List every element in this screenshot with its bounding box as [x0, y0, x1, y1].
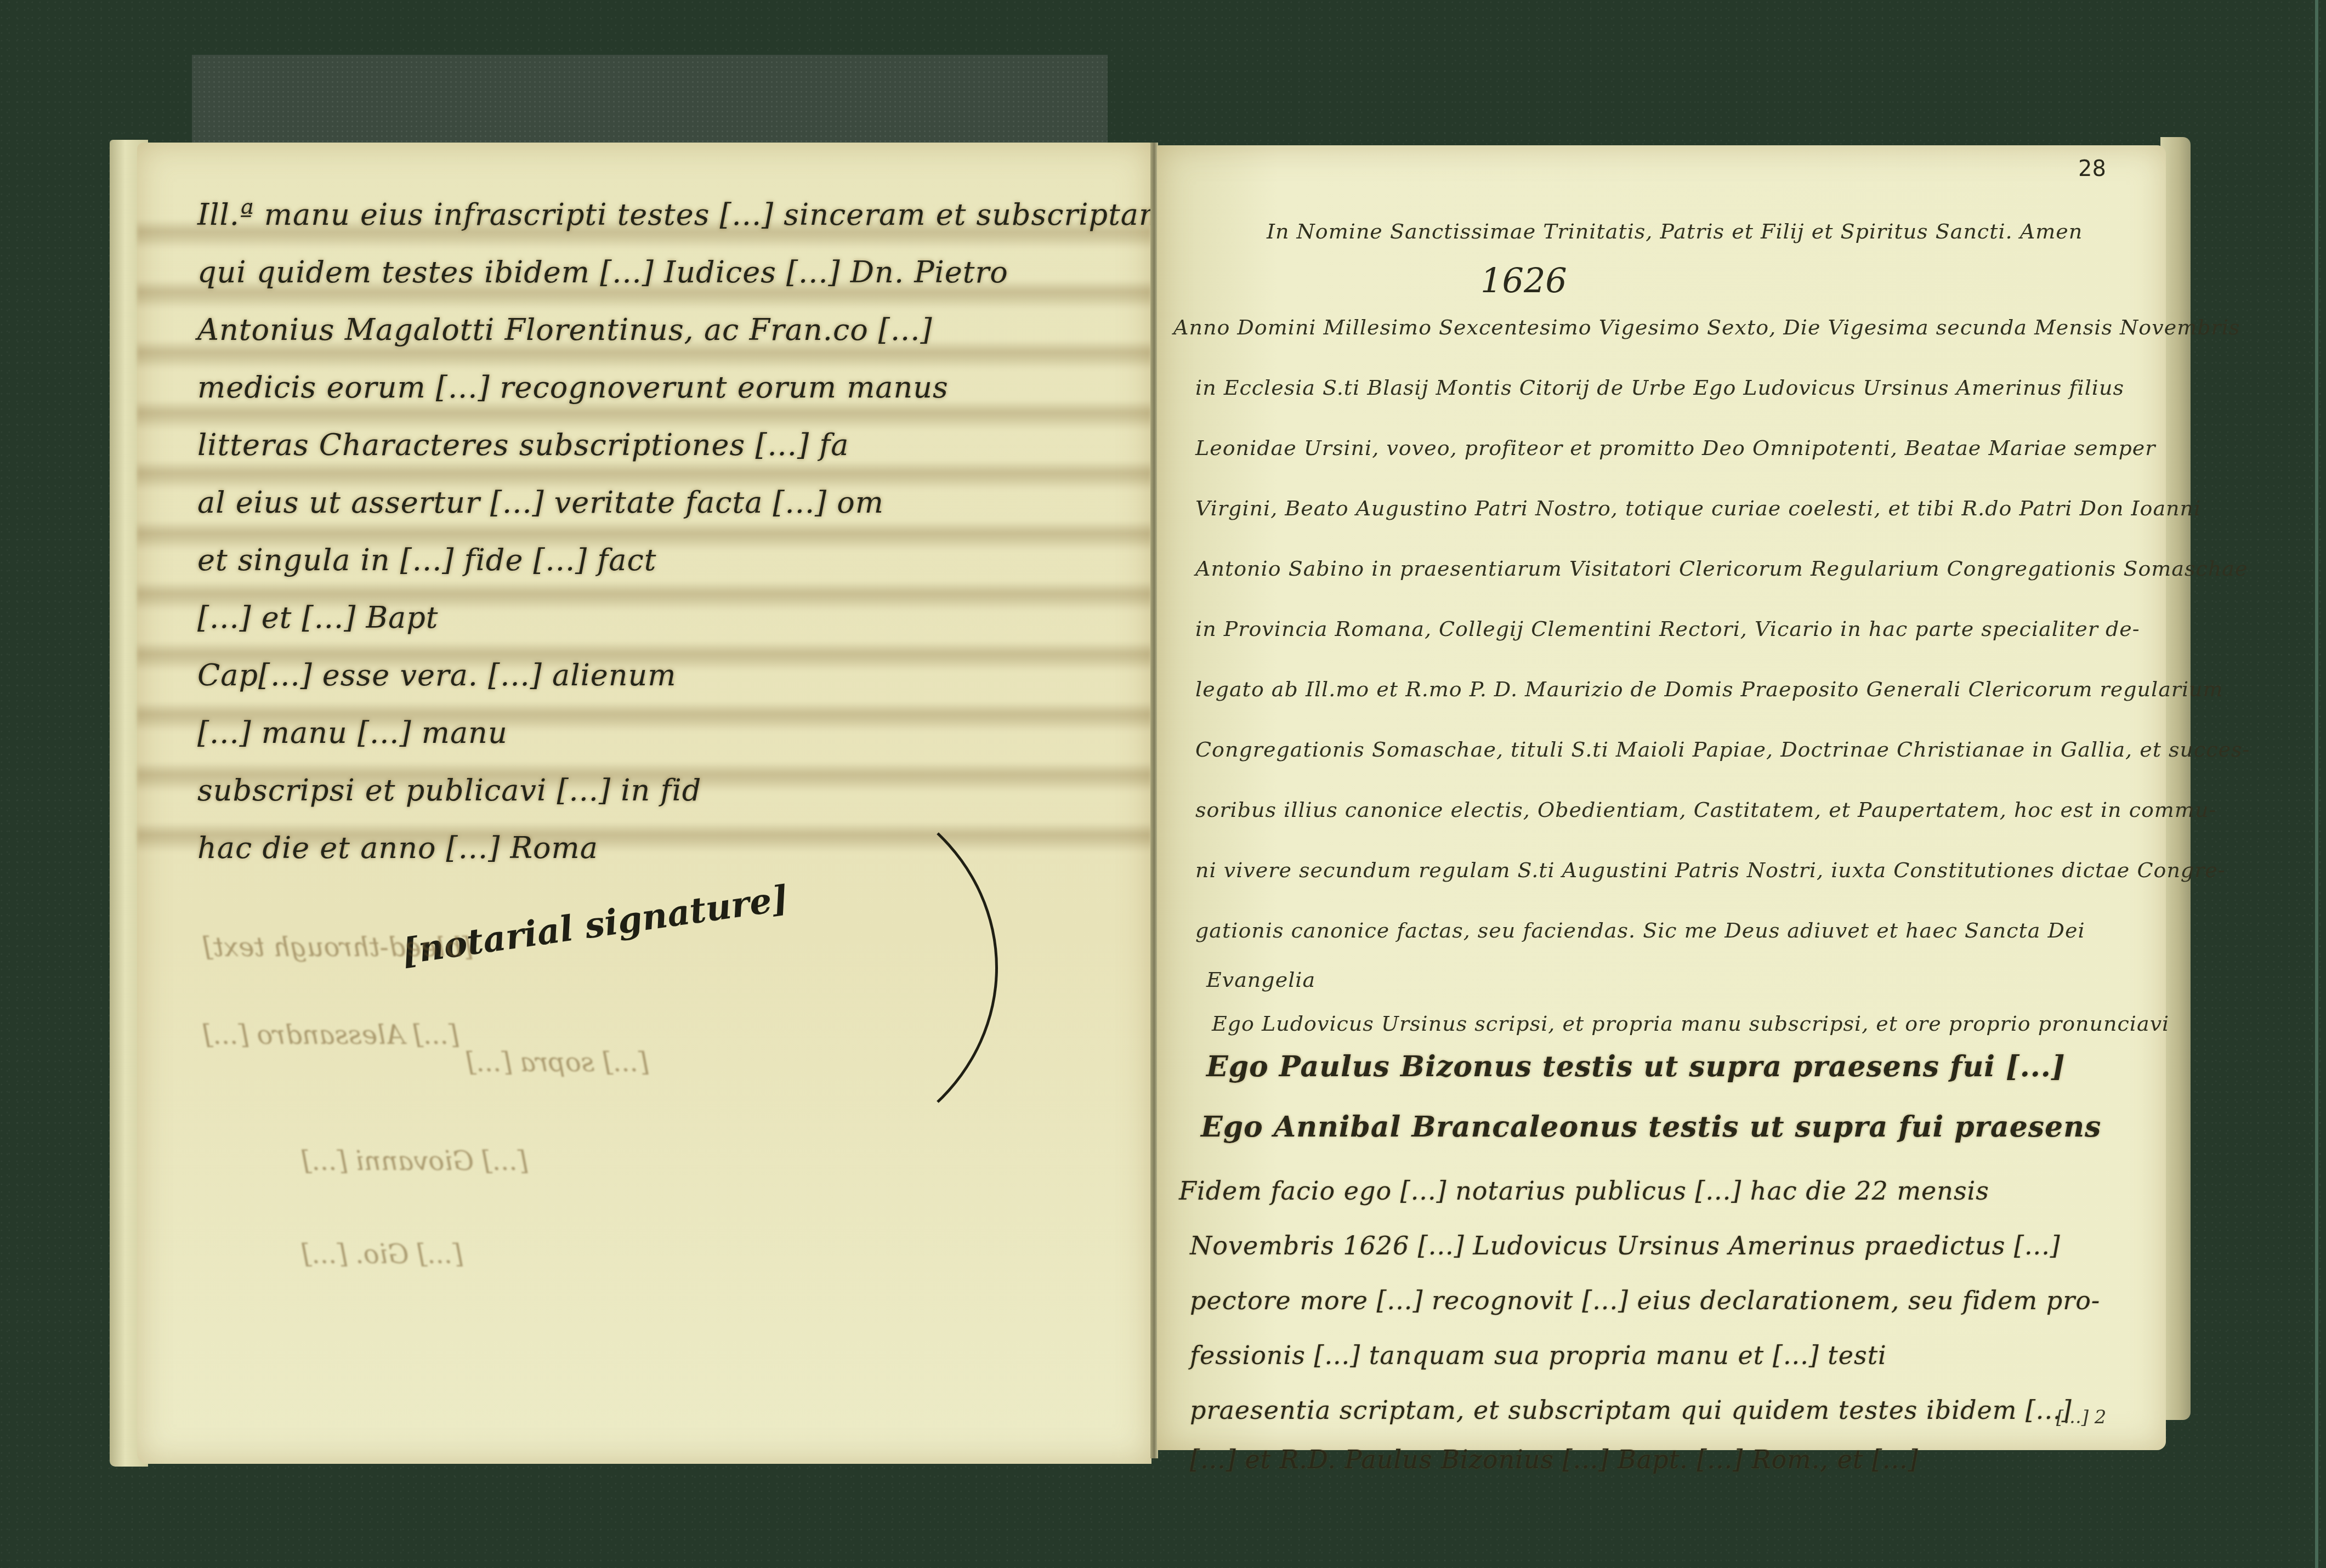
notarial-line: [...] et R.D. Paulus Bizonius [...] Bapt… [1190, 1445, 1919, 1474]
manuscript-line: et singula in [...] fide [...] fact [197, 543, 656, 577]
witness-signature: Ego Annibal Brancaleonus testis ut supra… [1201, 1110, 2101, 1144]
witness-signature: Ego Paulus Bizonus testis ut supra praes… [1206, 1050, 2066, 1083]
manuscript-line: hac die et anno [...] Roma [197, 831, 598, 865]
manuscript-line: subscripsi et publicavi [...] in fid [197, 773, 701, 808]
notarial-line: pectore more [...] recognovit [...] eius… [1190, 1286, 2100, 1315]
manuscript-line: medicis eorum [...] recognoverunt eorum … [197, 370, 949, 405]
manuscript-line: [...] et [...] Bapt [197, 600, 439, 635]
manuscript-line: Evangelia [1206, 968, 1315, 992]
signature-flourish [576, 773, 998, 1162]
manuscript-line: Anno Domini Millesimo Sexcentesimo Viges… [1173, 315, 2240, 339]
manuscript-line: [...] manu [...] manu [197, 715, 508, 750]
manuscript-line: Virgini, Beato Augustino Patri Nostro, t… [1195, 496, 2201, 520]
manuscript-line: litteras Characteres subscriptiones [...… [197, 428, 849, 462]
notarial-line: Novembris 1626 [...] Ludovicus Ursinus A… [1190, 1231, 2061, 1260]
manuscript-line: legato ab Ill.mo et R.mo P. D. Maurizio … [1195, 677, 2223, 701]
manuscript-line: Congregationis Somaschae, tituli S.ti Ma… [1195, 737, 2250, 762]
footer-mark: [...] 2 [2056, 1406, 2106, 1428]
left-page: Ill.ª manu eius infrascripti testes [...… [137, 143, 1151, 1464]
profession-signature: Ego Ludovicus Ursinus scripsi, et propri… [1212, 1012, 2169, 1036]
ink-bleed-stain [137, 400, 1151, 430]
bleedthrough-text: [...] Alessandro [...] [203, 1020, 459, 1050]
manuscript-line: Antonio Sabino in praesentiarum Visitato… [1195, 556, 2248, 581]
manuscript-line: Cap[...] esse vera. [...] alienum [197, 658, 676, 692]
manuscript-line: Antonius Magalotti Florentinus, ac Fran.… [197, 313, 933, 347]
notarial-line: praesentia scriptam, et subscriptam qui … [1190, 1395, 2072, 1425]
notarial-line: fessionis [...] tanquam sua propria manu… [1190, 1340, 1887, 1370]
page-number: 28 [2078, 156, 2106, 181]
manuscript-line: qui quidem testes ibidem [...] Iudices [… [197, 255, 1008, 289]
manuscript-line: Leonidae Ursini, voveo, profiteor et pro… [1195, 436, 2156, 460]
manuscript-line: Ill.ª manu eius infrascripti testes [...… [197, 197, 1167, 232]
bleedthrough-text: [bleed-through text] [203, 932, 472, 963]
manuscript-line: in Ecclesia S.ti Blasij Montis Citorij d… [1195, 376, 2124, 400]
year-heading: 1626 [1480, 260, 1567, 300]
glass-plate-edge [2315, 0, 2318, 1568]
manuscript-line: al eius ut assertur [...] veritate facta… [197, 485, 884, 520]
bleedthrough-text: [...] Gio. [...] [302, 1239, 463, 1270]
manuscript-line: in Provincia Romana, Collegij Clementini… [1195, 617, 2140, 641]
manuscript-line: soribus illius canonice electis, Obedien… [1195, 798, 2216, 822]
notarial-line: Fidem facio ego [...] notarius publicus … [1179, 1176, 1989, 1206]
bleedthrough-text: [...] sopra [...] [466, 1047, 649, 1078]
invocation-line: In Nomine Sanctissimae Trinitatis, Patri… [1267, 219, 2083, 243]
bleedthrough-text: [...] Giovanni [...] [302, 1146, 527, 1177]
right-page: 28 In Nomine Sanctissimae Trinitatis, Pa… [1157, 145, 2166, 1450]
manuscript-line: ni vivere secundum regulam S.ti Augustin… [1195, 858, 2226, 882]
manuscript-line: gationis canonice factas, seu faciendas.… [1195, 918, 2085, 942]
